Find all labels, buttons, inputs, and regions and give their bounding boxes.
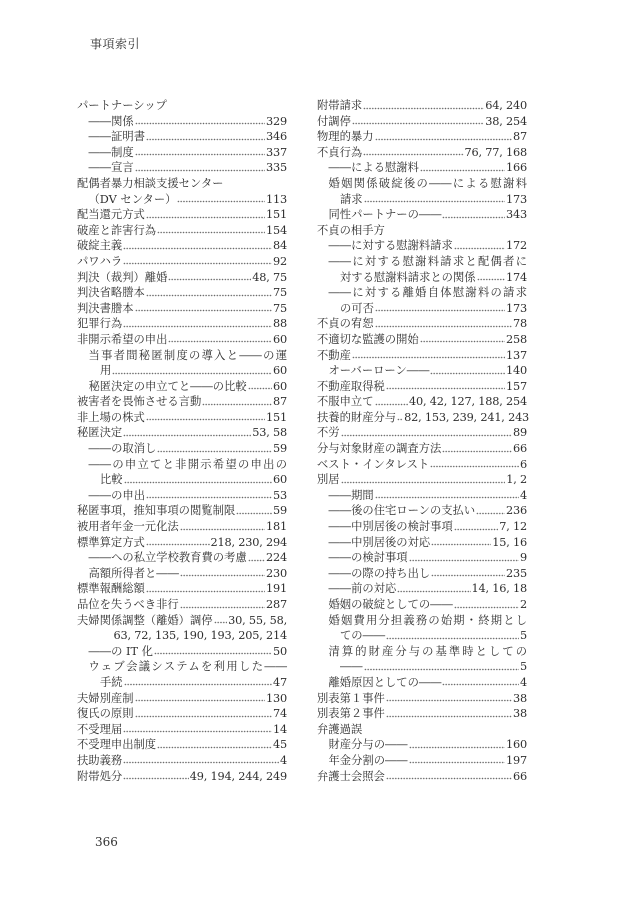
index-entry: パワハラ92 — [77, 254, 287, 270]
index-entry: 不動産取得税157 — [317, 379, 527, 395]
dot-leader — [135, 691, 266, 707]
index-term: ――の申立てと非開示希望の申出の — [89, 457, 288, 473]
dot-leader — [364, 659, 519, 675]
index-entry: 扶助義務4 — [77, 753, 287, 769]
index-entry: 分与対象財産の調査方法66 — [317, 441, 527, 457]
index-term: ての―― — [340, 628, 385, 644]
page-references: 287 — [266, 597, 287, 613]
page-references: 337 — [266, 145, 287, 161]
dot-leader — [442, 207, 505, 223]
page-references: 160 — [506, 737, 527, 753]
dot-leader — [397, 410, 403, 426]
page-references: 4 — [280, 753, 287, 769]
dot-leader — [341, 472, 506, 488]
dot-leader — [168, 270, 251, 286]
index-term: 不貞の相手方 — [317, 223, 385, 239]
index-entry: 別居1, 2 — [317, 472, 527, 488]
index-entry: 復氏の原則74 — [77, 706, 287, 722]
dot-leader — [454, 238, 505, 254]
index-entry: 秘匿決定53, 58 — [77, 425, 287, 441]
dot-leader — [409, 753, 505, 769]
page-references: 235 — [506, 566, 527, 582]
page-references: 1, 2 — [506, 472, 527, 488]
index-term: 別表第１事件 — [317, 691, 385, 707]
index-entry: 不適切な監護の開始258 — [317, 332, 527, 348]
index-entry: 対する慰謝料請求との関係174 — [317, 270, 527, 286]
dot-leader — [146, 535, 210, 551]
index-entry: 配偶者暴力相談支援センター — [77, 176, 287, 192]
page-references: 40, 42, 127, 188, 254 — [409, 394, 527, 410]
index-term: 品位を失うべき非行 — [77, 597, 179, 613]
page-references: 191 — [266, 581, 287, 597]
dot-leader — [409, 737, 505, 753]
index-entry: ――の申出53 — [77, 488, 287, 504]
index-entry: 弁護過誤 — [317, 722, 527, 738]
dot-leader — [375, 394, 409, 410]
page-references: 87 — [513, 129, 527, 145]
dot-leader — [375, 316, 513, 332]
page-references: 63, 72, 135, 190, 193, 205, 214 — [114, 628, 287, 644]
page-references: 174 — [506, 270, 527, 286]
index-entry: 標準算定方式218, 230, 294 — [77, 535, 287, 551]
index-term: 付調停 — [317, 114, 351, 130]
index-entry: 不貞行為76, 77, 168 — [317, 145, 527, 161]
index-term: 不受理届 — [77, 722, 122, 738]
index-entry: ――5 — [317, 659, 527, 675]
page-references: 218, 230, 294 — [211, 535, 287, 551]
index-entry: ――期間4 — [317, 488, 527, 504]
page-references: 66 — [513, 769, 527, 785]
dot-leader — [477, 270, 505, 286]
page-references: 2 — [520, 597, 527, 613]
index-term: 秘匿決定 — [77, 425, 122, 441]
index-term: の可否 — [340, 301, 374, 317]
dot-leader — [352, 348, 505, 364]
index-entry: （DV センター）113 — [77, 192, 287, 208]
dot-leader — [112, 363, 272, 379]
page-references: 50 — [273, 644, 287, 660]
index-term: ――の IT 化 — [89, 644, 153, 660]
index-term: パワハラ — [77, 254, 122, 270]
index-entry: 夫婦関係調整（離婚）調停30, 55, 58, — [77, 613, 287, 629]
page-references: 48, 75 — [252, 270, 287, 286]
index-column-right: 附帯請求64, 240付調停38, 254物理的暴力87不貞行為76, 77, … — [317, 98, 527, 784]
index-entry: ――中別居後の検討事項7, 12 — [317, 519, 527, 535]
index-entry: ――による慰謝料166 — [317, 160, 527, 176]
dot-leader — [375, 301, 505, 317]
index-entry: 破綻主義84 — [77, 238, 287, 254]
index-term: 標準報酬総額 — [77, 581, 145, 597]
dot-leader — [430, 363, 505, 379]
index-term: ――に対する慰謝料請求 — [329, 238, 453, 254]
index-term: 不動産取得税 — [317, 379, 385, 395]
index-term: 破産と詐害行為 — [77, 223, 156, 239]
index-term: 判決（裁判）離婚 — [77, 270, 167, 286]
index-term: ――後の住宅ローンの支払い — [329, 503, 476, 519]
index-entry: 破産と詐害行為154 — [77, 223, 287, 239]
page-references: 60 — [273, 363, 287, 379]
page-references: 236 — [506, 503, 527, 519]
index-entry: 品位を失うべき非行287 — [77, 597, 287, 613]
page-references: 154 — [266, 223, 287, 239]
page-references: 181 — [266, 519, 287, 535]
page-references: 258 — [506, 332, 527, 348]
index-term: 不貞行為 — [317, 145, 362, 161]
index-entry: 扶養的財産分与82, 153, 239, 241, 243 — [317, 410, 527, 426]
index-entry: 63, 72, 135, 190, 193, 205, 214 — [77, 628, 287, 644]
index-term: 婚姻関係破綻後の――による慰謝料 — [329, 176, 528, 192]
page-references: 346 — [266, 129, 287, 145]
dot-leader — [431, 566, 505, 582]
dot-leader — [123, 238, 272, 254]
dot-leader — [386, 628, 519, 644]
index-term: 不服申立て — [317, 394, 374, 410]
dot-leader — [363, 98, 484, 114]
dot-leader — [180, 519, 265, 535]
index-entry: ――の申立てと非開示希望の申出の — [77, 457, 287, 473]
index-term: 附帯処分 — [77, 769, 122, 785]
index-term: 標準算定方式 — [77, 535, 145, 551]
dot-leader — [146, 488, 272, 504]
page-references: 7, 12 — [499, 519, 527, 535]
index-term: 弁護士会照会 — [317, 769, 385, 785]
page-references: 89 — [513, 425, 527, 441]
dot-leader — [352, 114, 484, 130]
page-references: 66 — [513, 441, 527, 457]
index-entry: 離婚原因としての――4 — [317, 675, 527, 691]
index-term: 扶助義務 — [77, 753, 122, 769]
page-references: 166 — [506, 160, 527, 176]
index-term: 別表第２事件 — [317, 706, 385, 722]
index-term: ――前の対応 — [329, 581, 397, 597]
dot-leader — [236, 503, 272, 519]
index-term: ――による慰謝料 — [329, 160, 419, 176]
index-entry: 手続47 — [77, 675, 287, 691]
index-term: 高額所得者と―― — [89, 566, 179, 582]
index-term: ―― — [340, 659, 363, 675]
index-entry: 夫婦別産制130 — [77, 691, 287, 707]
page-references: 82, 153, 239, 241, 243 — [404, 410, 529, 426]
index-entry: ベスト・インタレスト6 — [317, 457, 527, 473]
page-references: 64, 240 — [485, 98, 527, 114]
index-entry: パートナーシップ — [77, 98, 287, 114]
page-references: 74 — [273, 706, 287, 722]
dot-leader — [135, 114, 265, 130]
index-entry: 弁護士会照会66 — [317, 769, 527, 785]
index-entry: 不受理届14 — [77, 722, 287, 738]
dot-leader — [454, 519, 498, 535]
index-term: ――中別居後の検討事項 — [329, 519, 453, 535]
dot-leader — [124, 675, 272, 691]
index-entry: 当事者間秘匿制度の導入と――の運 — [77, 348, 287, 364]
index-entry: の可否173 — [317, 301, 527, 317]
index-entry: ての――5 — [317, 628, 527, 644]
index-entry: 附帯請求64, 240 — [317, 98, 527, 114]
page-references: 88 — [273, 316, 287, 332]
index-entry: 非上場の株式151 — [77, 410, 287, 426]
dot-leader — [124, 472, 272, 488]
index-term: 対する慰謝料請求との関係 — [340, 270, 476, 286]
index-entry: ――の取消し59 — [77, 441, 287, 457]
index-term: 清算的財産分与の基準時としての — [329, 644, 528, 660]
index-entry: ――宣言335 — [77, 160, 287, 176]
dot-leader — [442, 675, 519, 691]
page-references: 5 — [520, 628, 527, 644]
dot-leader — [454, 597, 519, 613]
index-term: 婚姻の破綻としての―― — [329, 597, 453, 613]
index-entry: 請求173 — [317, 192, 527, 208]
page-references: 343 — [506, 207, 527, 223]
page-references: 151 — [266, 410, 287, 426]
page-references: 75 — [273, 285, 287, 301]
index-entry: 非開示希望の申出60 — [77, 332, 287, 348]
dot-leader — [123, 722, 272, 738]
dot-leader — [363, 145, 463, 161]
page-references: 60 — [273, 472, 287, 488]
dot-leader — [123, 425, 251, 441]
page-references: 113 — [266, 192, 287, 208]
index-entry: ――の際の持ち出し235 — [317, 566, 527, 582]
page-references: 45 — [273, 737, 287, 753]
page-references: 6 — [520, 457, 527, 473]
page-references: 53 — [273, 488, 287, 504]
dot-leader — [202, 394, 272, 410]
index-entry: ――後の住宅ローンの支払い236 — [317, 503, 527, 519]
index-entry: 婚姻関係破綻後の――による慰謝料 — [317, 176, 527, 192]
index-term: 財産分与の―― — [329, 737, 408, 753]
index-term: 判決書謄本 — [77, 301, 134, 317]
page-references: 151 — [266, 207, 287, 223]
index-term: オーバーローン―― — [329, 363, 430, 379]
index-entry: 財産分与の――160 — [317, 737, 527, 753]
index-term: 別居 — [317, 472, 340, 488]
index-term: ――に対する慰謝料請求と配偶者に — [329, 254, 528, 270]
index-term: ――の申出 — [89, 488, 146, 504]
page-references: 173 — [506, 192, 527, 208]
page-references: 5 — [520, 659, 527, 675]
index-term: ――に対する離婚自体慰謝料の請求 — [329, 285, 528, 301]
dot-leader — [123, 753, 279, 769]
dot-leader — [386, 379, 505, 395]
dot-leader — [180, 566, 265, 582]
dot-leader — [248, 550, 265, 566]
dot-leader — [397, 581, 470, 597]
dot-leader — [375, 129, 513, 145]
index-entry: 不受理申出制度45 — [77, 737, 287, 753]
index-entry: 附帯処分49, 194, 244, 249 — [77, 769, 287, 785]
index-term: 離婚原因としての―― — [329, 675, 442, 691]
index-entry: ――関係329 — [77, 114, 287, 130]
page-references: 60 — [273, 332, 287, 348]
index-entry: 付調停38, 254 — [317, 114, 527, 130]
index-entry: 不貞の相手方 — [317, 223, 527, 239]
index-entry: 被用者年金一元化法181 — [77, 519, 287, 535]
index-entry: ――の検討事項9 — [317, 550, 527, 566]
dot-leader — [157, 223, 265, 239]
dot-leader — [135, 301, 273, 317]
page-references: 224 — [266, 550, 287, 566]
dot-leader — [341, 425, 512, 441]
page-references: 38 — [513, 706, 527, 722]
index-entry: ――制度337 — [77, 145, 287, 161]
index-term: 非上場の株式 — [77, 410, 145, 426]
page-references: 59 — [273, 441, 287, 457]
page-references: 130 — [266, 691, 287, 707]
dot-leader — [146, 207, 265, 223]
page-references: 47 — [273, 675, 287, 691]
dot-leader — [123, 316, 272, 332]
index-term: 夫婦別産制 — [77, 691, 134, 707]
index-term: 判決省略謄本 — [77, 285, 145, 301]
dot-leader — [135, 160, 265, 176]
index-term: ――への私立学校教育費の考慮 — [89, 550, 247, 566]
page-references: 329 — [266, 114, 287, 130]
dot-leader — [420, 160, 505, 176]
dot-leader — [168, 332, 272, 348]
index-term: ――の際の持ち出し — [329, 566, 431, 582]
index-entry: ――に対する離婚自体慰謝料の請求 — [317, 285, 527, 301]
dot-leader — [146, 410, 265, 426]
dot-leader — [364, 192, 505, 208]
index-term: 附帯請求 — [317, 98, 362, 114]
dot-leader — [420, 332, 505, 348]
index-entry: 同性パートナーの――343 — [317, 207, 527, 223]
index-entry: 判決省略謄本75 — [77, 285, 287, 301]
index-term: 不労 — [317, 425, 340, 441]
page-references: 92 — [273, 254, 287, 270]
page-references: 9 — [520, 550, 527, 566]
index-term: 非開示希望の申出 — [77, 332, 167, 348]
index-entry: 不労89 — [317, 425, 527, 441]
dot-leader — [476, 503, 505, 519]
index-term: 被害者を畏怖させる言動 — [77, 394, 201, 410]
index-entry: 判決書謄本75 — [77, 301, 287, 317]
index-term: 年金分割の―― — [329, 753, 408, 769]
index-term: 不貞の宥恕 — [317, 316, 374, 332]
index-entry: オーバーローン――140 — [317, 363, 527, 379]
index-entry: 婚姻の破綻としての――2 — [317, 597, 527, 613]
index-term: 破綻主義 — [77, 238, 122, 254]
dot-leader — [386, 769, 512, 785]
page-references: 197 — [506, 753, 527, 769]
index-term: 夫婦関係調整（離婚）調停 — [77, 613, 213, 629]
page-references: 49, 194, 244, 249 — [190, 769, 287, 785]
page-references: 53, 58 — [252, 425, 287, 441]
dot-leader — [386, 691, 512, 707]
index-entry: 標準報酬総額191 — [77, 581, 287, 597]
index-entry: 秘匿事項，推知事項の閲覧制限59 — [77, 503, 287, 519]
page-references: 173 — [506, 301, 527, 317]
index-entry: ――中別居後の対応15, 16 — [317, 535, 527, 551]
index-entry: 年金分割の――197 — [317, 753, 527, 769]
dot-leader — [146, 129, 265, 145]
page-references: 30, 55, 58, — [228, 613, 287, 629]
index-term: 比較 — [100, 472, 123, 488]
index-term: 請求 — [340, 192, 363, 208]
index-term: ――中別居後の対応 — [329, 535, 431, 551]
index-term: ――期間 — [329, 488, 374, 504]
index-term: ウェブ会議システムを利用した―― — [89, 659, 288, 675]
dot-leader — [409, 550, 519, 566]
index-term: 不動産 — [317, 348, 351, 364]
page-references: 137 — [506, 348, 527, 364]
page-number: 366 — [95, 835, 118, 849]
index-entry: 犯罪行為88 — [77, 316, 287, 332]
dot-leader — [442, 441, 512, 457]
index-term: 秘匿決定の申立てと――の比較 — [89, 379, 247, 395]
index-entry: 用60 — [77, 363, 287, 379]
index-term: 配当還元方式 — [77, 207, 145, 223]
index-entry: 秘匿決定の申立てと――の比較60 — [77, 379, 287, 395]
page-references: 75 — [273, 301, 287, 317]
dot-leader — [214, 613, 228, 629]
page-references: 14, 16, 18 — [472, 581, 528, 597]
index-entry: ――に対する慰謝料請求と配偶者に — [317, 254, 527, 270]
page-references: 140 — [506, 363, 527, 379]
page-references: 4 — [520, 488, 527, 504]
page-references: 335 — [266, 160, 287, 176]
index-term: ――関係 — [89, 114, 134, 130]
index-entry: 物理的暴力87 — [317, 129, 527, 145]
index-entry: ――の IT 化50 — [77, 644, 287, 660]
index-entry: ――証明書346 — [77, 129, 287, 145]
dot-leader — [146, 285, 272, 301]
index-term: 分与対象財産の調査方法 — [317, 441, 441, 457]
dot-leader — [177, 192, 265, 208]
index-term: ――制度 — [89, 145, 134, 161]
dot-leader — [135, 145, 265, 161]
index-term: 用 — [100, 363, 111, 379]
index-term: 秘匿事項，推知事項の閲覧制限 — [77, 503, 235, 519]
index-column-left: パートナーシップ――関係329――証明書346――制度337――宣言335配偶者… — [77, 98, 287, 784]
page-references: 60 — [273, 379, 287, 395]
index-term: 不適切な監護の開始 — [317, 332, 419, 348]
page-references: 87 — [273, 394, 287, 410]
index-term: 弁護過誤 — [317, 722, 362, 738]
dot-leader — [386, 706, 512, 722]
index-term: 同性パートナーの―― — [329, 207, 442, 223]
index-term: 物理的暴力 — [317, 129, 374, 145]
dot-leader — [154, 644, 272, 660]
index-term: ――の取消し — [89, 441, 157, 457]
index-entry: ――前の対応14, 16, 18 — [317, 581, 527, 597]
index-term: ――証明書 — [89, 129, 146, 145]
dot-leader — [135, 706, 273, 722]
dot-leader — [146, 581, 265, 597]
dot-leader — [123, 769, 189, 785]
index-entry: 清算的財産分与の基準時としての — [317, 644, 527, 660]
index-entry: 高額所得者と――230 — [77, 566, 287, 582]
dot-leader — [180, 597, 265, 613]
page-references: 78 — [513, 316, 527, 332]
dot-leader — [157, 441, 272, 457]
index-entry: ――への私立学校教育費の考慮224 — [77, 550, 287, 566]
dot-leader — [431, 535, 491, 551]
index-term: 配偶者暴力相談支援センター — [77, 176, 223, 192]
index-entry: 被害者を畏怖させる言動87 — [77, 394, 287, 410]
index-term: ――の検討事項 — [329, 550, 408, 566]
index-term: 扶養的財産分与 — [317, 410, 396, 426]
index-entry: ――に対する慰謝料請求172 — [317, 238, 527, 254]
index-term: （DV センター） — [89, 192, 177, 208]
index-entry: 婚姻費用分担義務の始期・終期とし — [317, 613, 527, 629]
dot-leader — [123, 254, 272, 270]
index-term: ――宣言 — [89, 160, 134, 176]
index-entry: 不貞の宥恕78 — [317, 316, 527, 332]
index-term: 復氏の原則 — [77, 706, 134, 722]
index-term: 当事者間秘匿制度の導入と――の運 — [89, 348, 288, 364]
index-entry: 不動産137 — [317, 348, 527, 364]
